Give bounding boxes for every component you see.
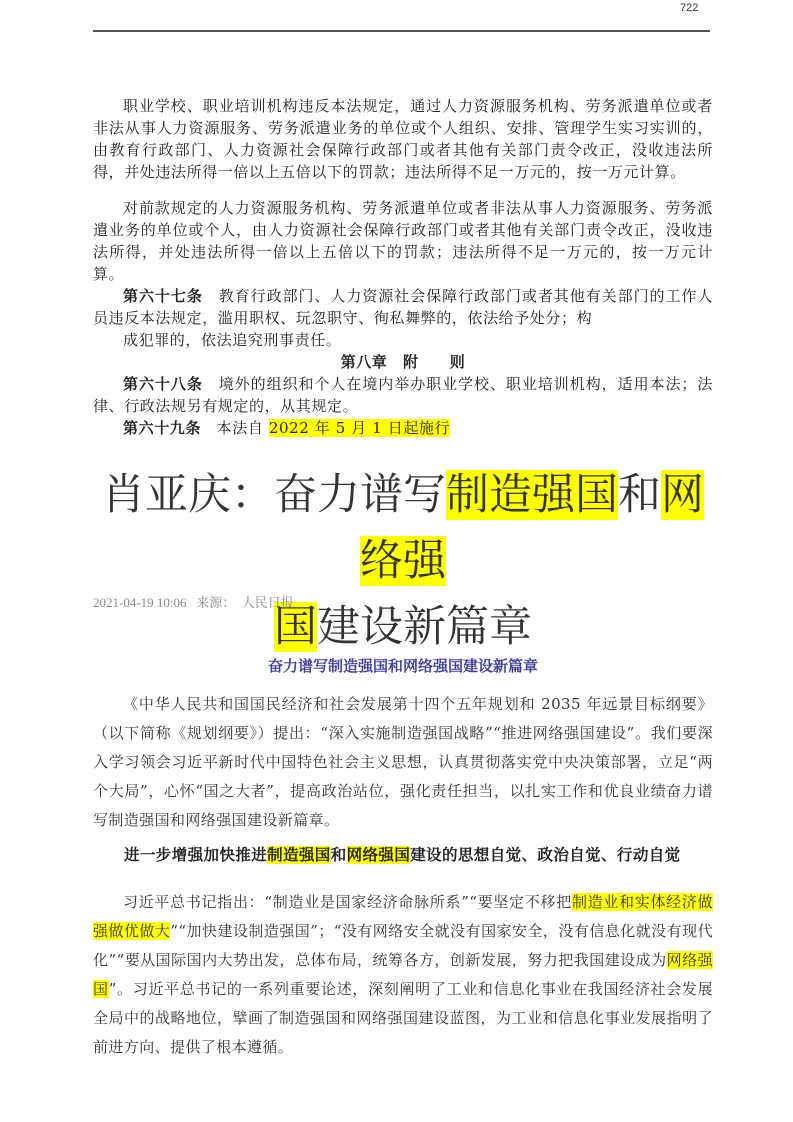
article-67: 第六十七条 教育行政部门、人力资源社会保障行政部门或者其他有关部门的工作人员违反… [93, 285, 713, 329]
para2-part-2: ”“加快建设制造强国”；“没有网络安全就没有国家安全，没有信息化就没有现代化”“… [93, 922, 713, 969]
section-heading-highlight-2: 网络强国 [347, 846, 411, 864]
page-number: 722 [680, 2, 698, 14]
article-67-label: 第六十七条 [123, 287, 203, 305]
section-heading-1: 进一步增强加快推进制造强国和网络强国建设的思想自觉、政治自觉、行动自觉 [93, 841, 713, 870]
law-paragraph-1: 职业学校、职业培训机构违反本法规定，通过人力资源服务机构、劳务派遣单位或者非法从… [93, 95, 713, 183]
title-part-1: 肖亚庆：奋力谱写 [102, 470, 446, 520]
para2-part-1: 习近平总书记指出：“制造业是国家经济命脉所系”“要坚定不移把 [123, 893, 572, 911]
article-69-effective-date: 2022 年 5 月 1 日起施行 [269, 419, 450, 437]
chapter-heading: 第八章 附 则 [93, 351, 713, 373]
header-divider [93, 30, 710, 32]
law-paragraph-2: 对前款规定的人力资源服务机构、劳务派遣单位或者非法从事人力资源服务、劳务派遣业务… [93, 197, 713, 285]
law-text-section: 职业学校、职业培训机构违反本法规定，通过人力资源服务机构、劳务派遣单位或者非法从… [93, 95, 713, 439]
article-68-label: 第六十八条 [123, 375, 203, 393]
article-69-text: 本法自 [217, 419, 264, 437]
article-title: 肖亚庆：奋力谱写制造强国和网络强国建设新篇章 [93, 462, 713, 660]
section-heading-part-2: 和 [331, 846, 347, 864]
article-68: 第六十八条 境外的组织和个人在境内举办职业学校、职业培训机构，适用本法；法律、行… [93, 373, 713, 417]
article-subheading: 奋力谱写制造强国和网络强国建设新篇章 [93, 655, 713, 676]
body-paragraph-2: 习近平总书记指出：“制造业是国家经济命脉所系”“要坚定不移把制造业和实体经济做强… [93, 888, 713, 1062]
para2-part-3: ”。习近平总书记的一系列重要论述，深刻阐明了工业和信息化事业在我国经济社会发展全… [93, 980, 713, 1056]
intro-paragraph: 《中华人民共和国国民经济和社会发展第十四个五年规划和 2035 年远景目标纲要》… [93, 690, 713, 835]
publish-date: 2021-04-19 10:06 [93, 595, 187, 610]
section-heading-highlight-1: 制造强国 [267, 846, 331, 864]
title-part-3: 建设新篇章 [317, 602, 532, 652]
title-highlight-1: 制造强国 [446, 470, 618, 520]
title-part-2: 和 [618, 470, 661, 520]
source-label: 来源： [196, 595, 235, 610]
section-heading-part-1: 进一步增强加快推进 [124, 846, 267, 864]
section-heading-part-3: 建设的思想自觉、政治自觉、行动自觉 [410, 846, 680, 864]
article-body: 《中华人民共和国国民经济和社会发展第十四个五年规划和 2035 年远景目标纲要》… [93, 690, 713, 1062]
article-meta: 2021-04-19 10:06 来源： 人民日报 [93, 592, 294, 611]
article-67-continuation: 成犯罪的，依法追究刑事责任。 [93, 329, 713, 351]
article-69: 第六十九条 本法自 2022 年 5 月 1 日起施行 [93, 417, 713, 439]
article-69-label: 第六十九条 [123, 419, 201, 437]
source-name: 人民日报 [242, 595, 294, 610]
